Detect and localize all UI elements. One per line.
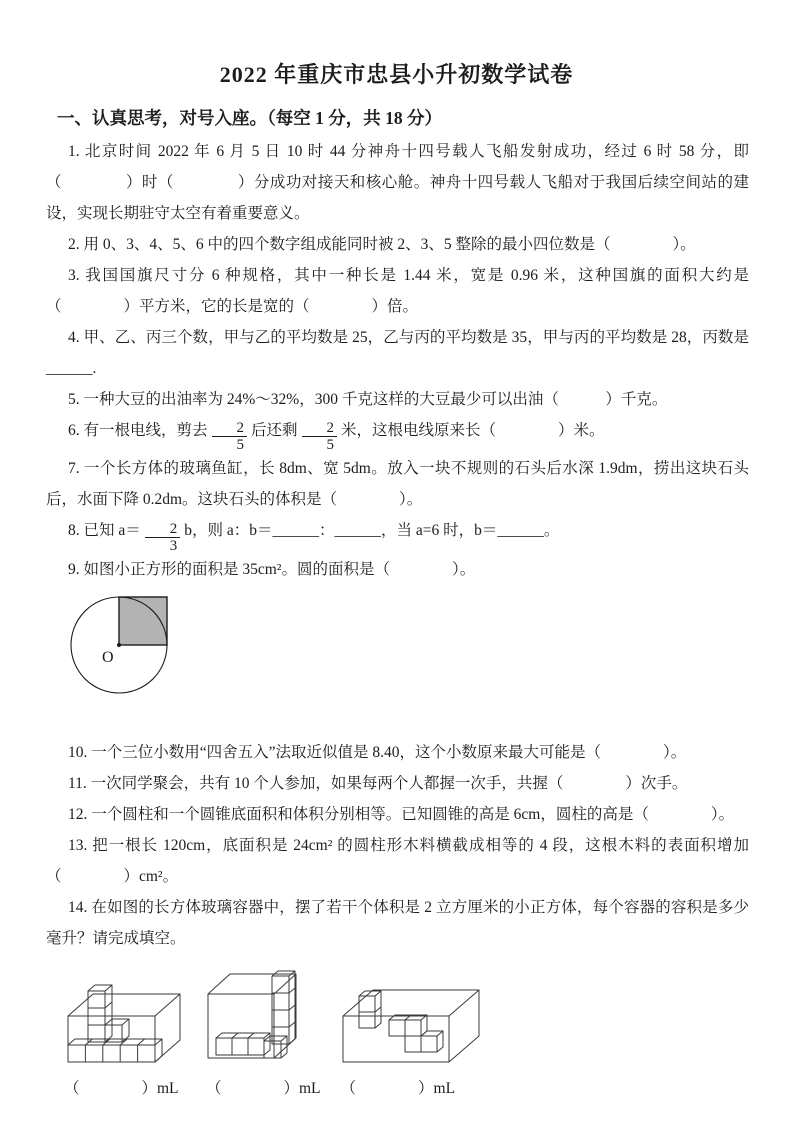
question-8-text-b: b，则 a：b＝______：______，当 a=6 时，b＝______。 — [184, 522, 559, 539]
ml-label-2: （ ）mL — [206, 1076, 321, 1098]
shaded-square — [119, 597, 167, 645]
fraction-two-thirds: 23 — [145, 521, 181, 554]
question-6: 6. 有一根电线，剪去25后还剩25米，这根电线原来长（ ）米。 — [46, 415, 749, 453]
center-label: O — [102, 649, 114, 666]
container-figures-row: （ ）mL （ ）mL — [60, 966, 793, 1098]
section-heading: 一、认真思考，对号入座。（每空 1 分，共 18 分） — [57, 105, 749, 130]
questions-area: 1. 北京时间 2022 年 6 月 5 日 10 时 44 分神舟十四号载人飞… — [46, 136, 749, 954]
question-4: 4. 甲、乙、丙三个数，甲与乙的平均数是 25，乙与丙的平均数是 35，甲与丙的… — [46, 322, 749, 384]
question-6-text-c: 米，这根电线原来长（ ）米。 — [341, 422, 605, 439]
fraction-two-fifths: 25 — [302, 420, 338, 453]
container-figure-block-1: （ ）mL — [60, 978, 186, 1098]
question-3: 3. 我国国旗尺寸分 6 种规格，其中一种长是 1.44 米，宽是 0.96 米… — [46, 260, 749, 322]
question-1: 1. 北京时间 2022 年 6 月 5 日 10 时 44 分神舟十四号载人飞… — [46, 136, 749, 229]
question-11: 11. 一次同学聚会，共有 10 个人参加，如果每两个人都握一次手，共握（ ）次… — [46, 768, 749, 799]
question-14: 14. 在如图的长方体玻璃容器中，摆了若干个体积是 2 立方厘米的小正方体，每个… — [46, 892, 749, 954]
question-6-text-a: 6. 有一根电线，剪去 — [68, 422, 208, 439]
ml-label-3: （ ）mL — [341, 1076, 485, 1098]
container-figure-block-3: （ ）mL — [337, 974, 485, 1098]
container-figure-block-2: （ ）mL — [202, 966, 321, 1098]
question-5: 5. 一种大豆的出油率为 24%～32%，300 千克这样的大豆最少可以出油（ … — [46, 384, 749, 415]
container-figure-1 — [60, 978, 186, 1066]
question-10: 10. 一个三位小数用“四舍五入”法取近似值是 8.40，这个小数原来最大可能是… — [46, 737, 749, 768]
container-figure-2 — [202, 966, 310, 1066]
question-8: 8. 已知 a＝23b，则 a：b＝______：______，当 a=6 时，… — [46, 515, 749, 553]
circle-square-figure: O — [68, 591, 174, 697]
circle-center-dot — [117, 643, 121, 647]
fraction-two-fifths: 25 — [212, 420, 248, 453]
question-7: 7. 一个长方体的玻璃鱼缸，长 8dm、宽 5dm。放入一块不规则的石头后水深 … — [46, 453, 749, 515]
container-figure-3 — [337, 974, 485, 1066]
question-2: 2. 用 0、3、4、5、6 中的四个数字组成能同时被 2、3、5 整除的最小四… — [46, 229, 749, 260]
question-12: 12. 一个圆柱和一个圆锥底面积和体积分别相等。已知圆锥的高是 6cm，圆柱的高… — [46, 799, 749, 830]
question-8-text-a: 8. 已知 a＝ — [68, 522, 141, 539]
exam-page: 2022 年重庆市忠县小升初数学试卷 一、认真思考，对号入座。（每空 1 分，共… — [0, 0, 793, 1122]
page-title: 2022 年重庆市忠县小升初数学试卷 — [0, 58, 793, 89]
ml-label-1: （ ）mL — [64, 1076, 186, 1098]
question-9: 9. 如图小正方形的面积是 35cm²。圆的面积是（ ）。 — [46, 554, 749, 585]
question-13: 13. 把一根长 120cm，底面积是 24cm² 的圆柱形木料横截成相等的 4… — [46, 830, 749, 892]
question-6-text-b: 后还剩 — [251, 422, 298, 439]
